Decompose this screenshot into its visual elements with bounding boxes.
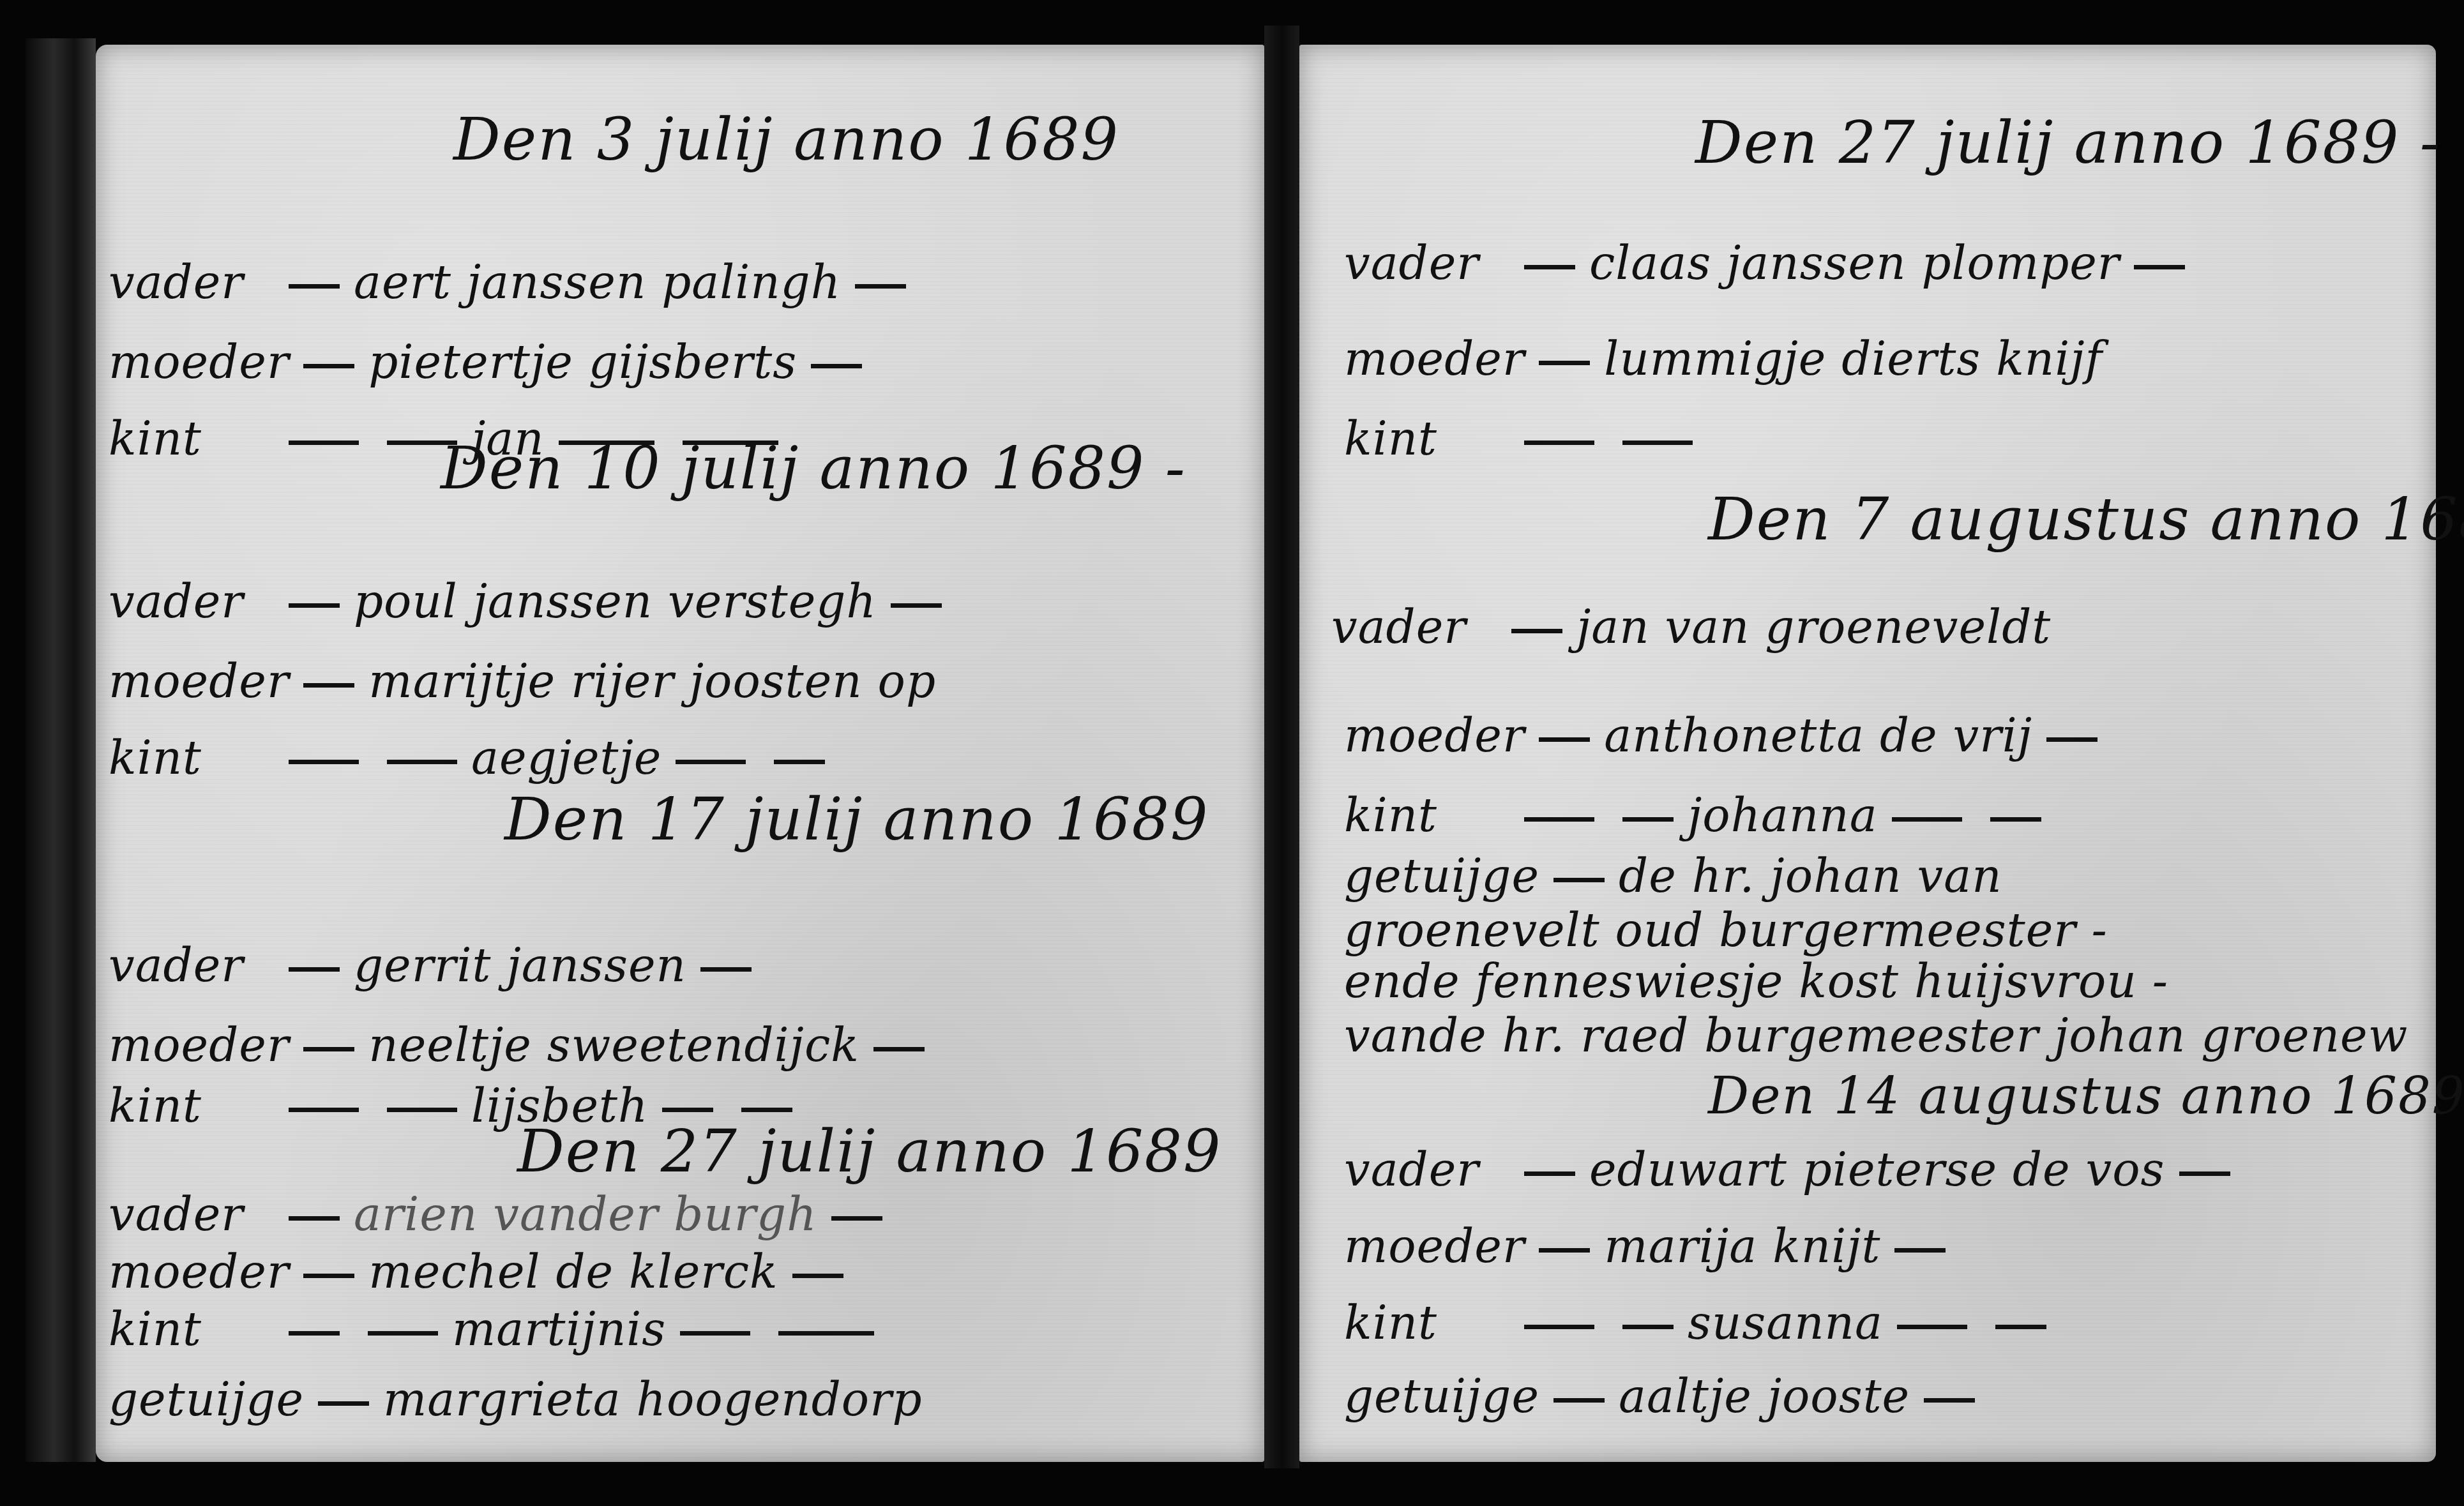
entry-date: Den 27 julij anno 1689 [517,1117,1222,1186]
mother-label: moeder [1344,1219,1525,1273]
dash [289,284,340,289]
father-label: vader [109,255,275,309]
father-name: arien vander burgh [354,1187,817,1241]
father-name: aert janssen palingh [354,255,841,309]
dash [774,760,825,764]
mother-name: anthonetta de vrij [1604,709,2032,762]
dash [1553,1398,1605,1403]
child-label: kint [1344,412,1510,465]
mother-line: moederpietertje gijsberts [109,335,876,389]
mother-label: moeder [109,335,289,389]
mother-label: moeder [109,1245,289,1299]
child-line: kintsusanna [1344,1296,2060,1350]
dash [289,760,359,764]
dash [303,1047,354,1051]
father-line: vaderpoul janssen verstegh [109,575,956,628]
father-line: vaderarien vander burgh [109,1187,896,1241]
dash [289,1331,340,1336]
child-line: kintaegjetje [109,731,839,785]
child-line: kintjohanna [1344,788,2055,842]
mother-label: moeder [109,654,289,708]
dash [1894,1248,1946,1253]
dash [387,760,457,764]
father-name: poul janssen verstegh [354,575,877,628]
dash [2179,1171,2230,1176]
mother-label: moeder [1344,709,1525,762]
father-line: vaderclaas janssen plomper [1344,236,2199,290]
entry-date: Den 14 augustus anno 1689 - [1708,1066,2464,1126]
child-line: kint [1344,412,1707,465]
father-label: vader [109,575,275,628]
father-name: claas janssen plomper [1589,236,2120,290]
dash [1622,441,1693,445]
mother-line: moederlummigje dierts knijf [1344,332,2103,386]
dash [289,1108,359,1112]
child-name: aegjetje [471,731,661,785]
dash [680,1331,750,1336]
dash [387,1108,457,1112]
entry-date: Den 27 julij anno 1689 - [1695,109,2441,177]
witness-line: getuijgeaaltje jooste [1344,1369,1989,1423]
father-label: vader [1344,1143,1510,1196]
father-name: gerrit janssen [354,938,686,992]
dash [1553,878,1605,882]
child-label: kint [1344,1296,1510,1350]
dash [1995,1325,2046,1329]
child-name: johanna [1688,788,1878,842]
dash [811,364,862,368]
dash [2134,265,2185,269]
dash [662,1108,713,1112]
dash [1622,817,1674,822]
dash [1622,1325,1674,1329]
father-label: vader [109,1187,275,1241]
dash [676,760,746,764]
entry-date: Den 7 augustus anno 1689 - [1708,485,2464,553]
dash [831,1216,882,1221]
dash [1990,817,2041,822]
dash [1897,1325,1967,1329]
child-name: martijnis [452,1302,666,1356]
father-line: vaderjan van groeneveldt [1331,600,2051,654]
dash [289,441,359,445]
child-label: kint [1344,788,1510,842]
mother-label: moeder [109,1018,289,1072]
child-line: kintmartijnis [109,1302,888,1356]
entry-date: Den 3 julij anno 1689 [453,105,1119,174]
dash [1524,441,1594,445]
father-name: eduwart pieterse de vos [1589,1143,2165,1196]
witness-label: getuijge [109,1373,304,1426]
dash [303,683,354,688]
dash [792,1274,843,1278]
child-label: kint [109,1302,275,1356]
dash [1524,1325,1594,1329]
dash [1539,737,1590,742]
book-spine [26,38,96,1462]
dash [368,1331,438,1336]
witness-line: getuijgemargrieta hoogendorp [109,1373,923,1426]
mother-name: lummigje dierts knijf [1604,332,2103,386]
dash [1892,817,1962,822]
mother-line: moedermechel de klerck [109,1245,858,1299]
dash [855,284,906,289]
dash [303,1274,354,1278]
entry-date: Den 17 julij anno 1689 [504,785,1209,854]
child-label: kint [109,731,275,785]
dash [741,1108,792,1112]
mother-name: neeltje sweetendijck [368,1018,859,1072]
mother-name: mechel de klerck [368,1245,778,1299]
mother-line: moederneeltje sweetendijck [109,1018,939,1072]
dash [318,1401,369,1406]
mother-label: moeder [1344,332,1525,386]
mother-line: moederanthonetta de vrij [1344,709,2112,762]
dash [1524,265,1575,269]
entry-date: Den 10 julij anno 1689 - [441,434,1186,502]
witness-continuation: vande hr. raed burgemeester johan groene… [1344,1009,2408,1062]
dash [289,603,340,608]
dash [1524,1171,1575,1176]
mother-name: pietertje gijsberts [368,335,797,389]
dash [1539,1248,1590,1253]
dash [873,1047,925,1051]
witness-text: de hr. johan van [1619,849,2002,903]
dash [289,1216,340,1221]
left-page: Den 3 julij anno 1689 vaderaert janssen … [96,45,1264,1462]
dash [778,1331,874,1336]
witness-label: getuijge [1344,849,1539,903]
witness-line: getuijgede hr. johan van [1344,849,2002,903]
dash [1924,1398,1975,1403]
father-line: vaderaert janssen palingh [109,255,920,309]
father-label: vader [1344,236,1510,290]
dash [1539,361,1590,365]
father-label: vader [1331,600,1497,654]
witness-name: margrieta hoogendorp [383,1373,923,1426]
witness-continuation: ende fenneswiesje kost huijsvrou - [1344,954,2168,1008]
child-label: kint [109,412,275,465]
mother-name: marija knijt [1604,1219,1880,1273]
mother-line: moedermarijtje rijer joosten op [109,654,936,708]
father-name: jan van groeneveldt [1576,600,2051,654]
child-label: kint [109,1079,275,1133]
dash [700,967,752,972]
witness-continuation: groenevelt oud burgermeester - [1344,903,2108,957]
book-spread: Den 3 julij anno 1689 vaderaert janssen … [0,0,2464,1506]
right-page: Den 27 julij anno 1689 - vaderclaas jans… [1299,45,2436,1462]
child-name: susanna [1688,1296,1883,1350]
book-gutter [1264,26,1299,1468]
mother-line: moedermarija knijt [1344,1219,1960,1273]
dash [2046,737,2097,742]
father-label: vader [109,938,275,992]
father-line: vadereduwart pieterse de vos [1344,1143,2244,1196]
mother-name: marijtje rijer joosten op [368,654,936,708]
witness-name: aaltje jooste [1619,1369,1910,1423]
witness-label: getuijge [1344,1369,1539,1423]
dash [289,967,340,972]
father-line: vadergerrit janssen [109,938,766,992]
dash [1524,817,1594,822]
dash [303,364,354,368]
dash [891,603,942,608]
dash [1511,629,1562,633]
